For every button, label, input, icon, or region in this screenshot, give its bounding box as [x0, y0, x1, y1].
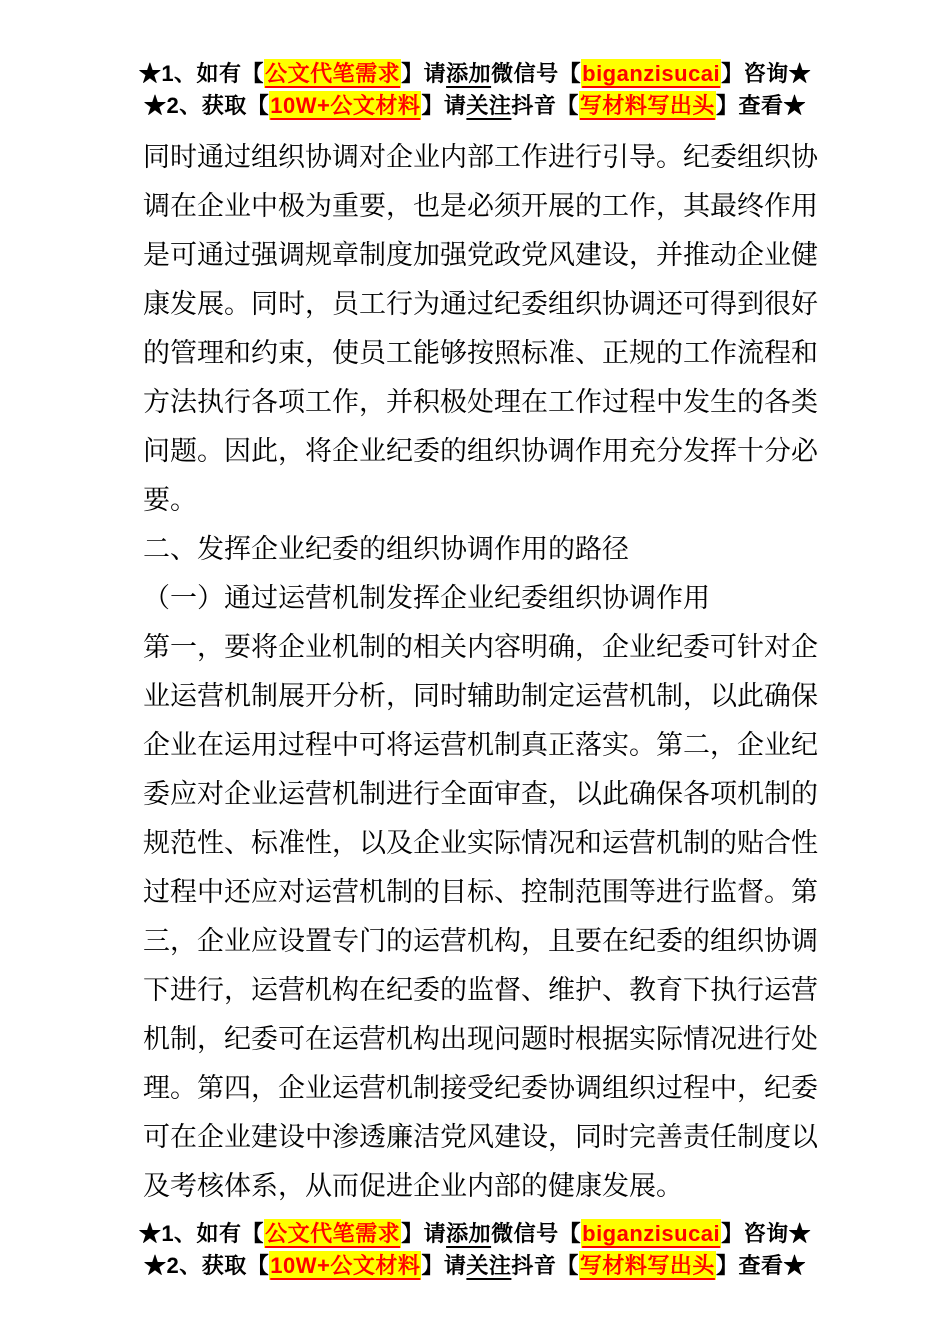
wechat-id-highlight: biganzisucai — [581, 59, 721, 88]
promo-text: 】咨询★ — [721, 1221, 811, 1246]
star-number-prefix: ★2、获取【 — [144, 1253, 269, 1278]
body-paragraph: 第一，要将企业机制的相关内容明确，企业纪委可针对企业运营机制展开分析，同时辅助制… — [143, 623, 818, 1211]
promo-text: 】请 — [401, 61, 446, 86]
star-number-prefix: ★2、获取【 — [144, 93, 269, 118]
douyin-account-highlight: 写材料写出头 — [579, 91, 716, 120]
promo-line: ★2、获取【10W+公文材料】请关注抖音【写材料写出头】查看★ — [0, 90, 950, 122]
section-heading: （一）通过运营机制发挥企业纪委组织协调作用 — [143, 574, 818, 623]
wechat-id-highlight: biganzisucai — [581, 1219, 721, 1248]
promo-text: 】查看★ — [716, 93, 806, 118]
promo-text: 】咨询★ — [721, 61, 811, 86]
follow-action-underline: 关注 — [466, 1253, 511, 1278]
promo-header: ★1、如有【公文代笔需求】请添加微信号【biganzisucai】咨询★★2、获… — [0, 0, 950, 122]
star-number-prefix: ★1、如有【 — [139, 61, 264, 86]
promo-footer: ★1、如有【公文代笔需求】请添加微信号【biganzisucai】咨询★★2、获… — [0, 1218, 950, 1282]
document-page: ★1、如有【公文代笔需求】请添加微信号【biganzisucai】咨询★★2、获… — [0, 0, 950, 1344]
promo-line: ★2、获取【10W+公文材料】请关注抖音【写材料写出头】查看★ — [0, 1250, 950, 1282]
promo-text: 】请 — [421, 1253, 466, 1278]
section-heading: 二、发挥企业纪委的组织协调作用的路径 — [143, 525, 818, 574]
promo-line: ★1、如有【公文代笔需求】请添加微信号【biganzisucai】咨询★ — [0, 58, 950, 90]
add-action-underline: 添加 — [446, 1221, 491, 1246]
material-pack-highlight: 10W+公文材料 — [269, 91, 421, 120]
star-number-prefix: ★1、如有【 — [139, 1221, 264, 1246]
body-paragraph: 同时通过组织协调对企业内部工作进行引导。纪委组织协调在企业中极为重要，也是必须开… — [143, 133, 818, 525]
promo-text: 】请 — [421, 93, 466, 118]
promo-text: 】查看★ — [716, 1253, 806, 1278]
document-body: 同时通过组织协调对企业内部工作进行引导。纪委组织协调在企业中极为重要，也是必须开… — [143, 133, 818, 1211]
add-action-underline: 添加 — [446, 61, 491, 86]
service-need-highlight: 公文代笔需求 — [264, 59, 401, 88]
service-need-highlight: 公文代笔需求 — [264, 1219, 401, 1248]
promo-line: ★1、如有【公文代笔需求】请添加微信号【biganzisucai】咨询★ — [0, 1218, 950, 1250]
promo-text: 微信号【 — [491, 61, 581, 86]
promo-text: 抖音【 — [511, 1253, 579, 1278]
follow-action-underline: 关注 — [466, 93, 511, 118]
douyin-account-highlight: 写材料写出头 — [579, 1251, 716, 1280]
promo-text: 抖音【 — [511, 93, 579, 118]
material-pack-highlight: 10W+公文材料 — [269, 1251, 421, 1280]
promo-text: 】请 — [401, 1221, 446, 1246]
promo-text: 微信号【 — [491, 1221, 581, 1246]
